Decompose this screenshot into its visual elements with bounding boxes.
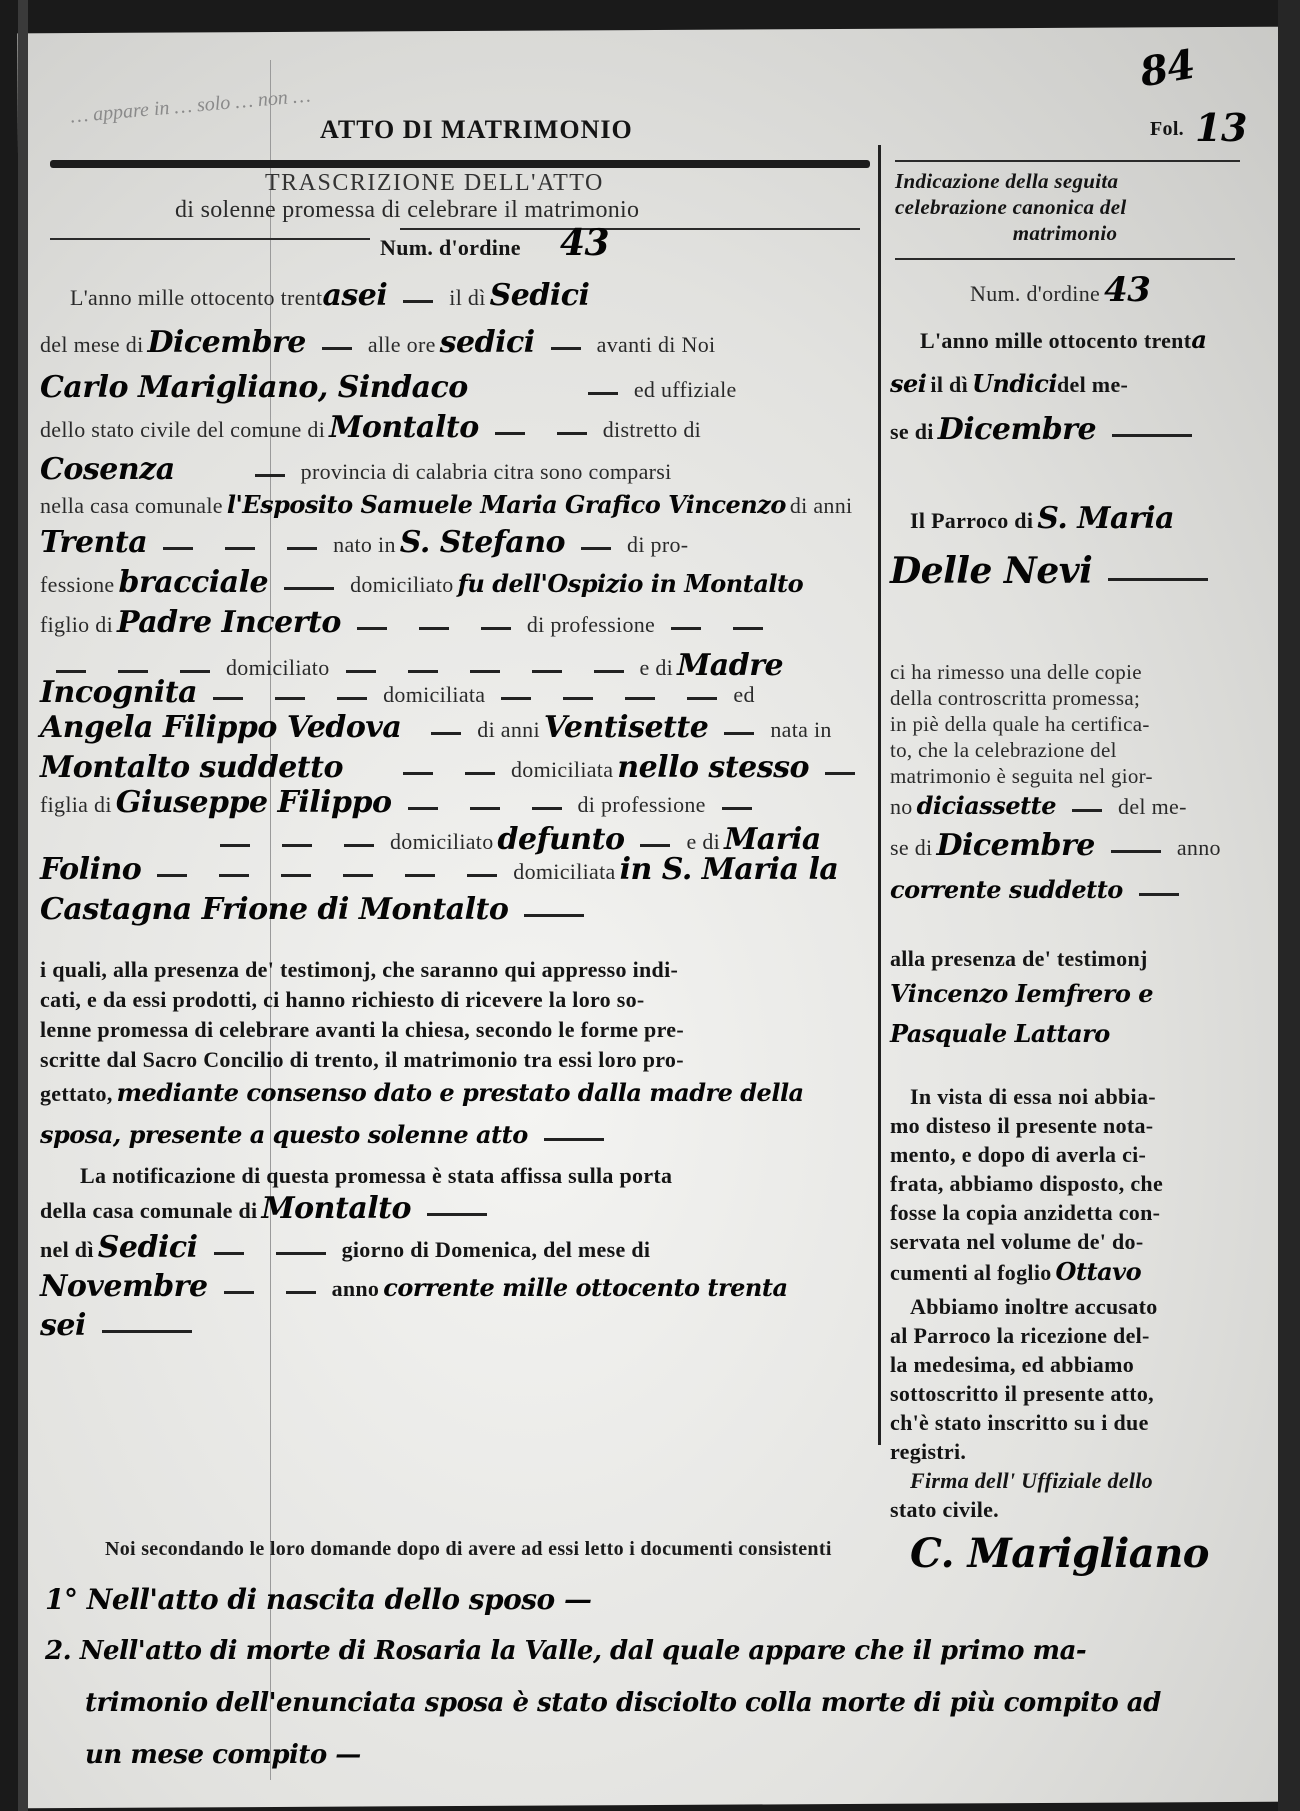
paragraph-line: frata, abbiamo disposto, che [890,1169,1240,1198]
witness-name-2: Pasquale Lattaro [890,1014,1240,1054]
witness-name-1: Vincenzo Iemfrero e [890,974,1240,1014]
left-line-14: figlia di Giuseppe Filippodi professione [40,785,768,820]
left-line-7: Trentanato in S. Stefanodi pro- [40,525,688,560]
folio-number: 13 [1195,105,1247,150]
left-paragraph: i quali, alla presenza de' testimonj, ch… [40,955,865,1159]
left-line-4: dello stato civile del comune di Montalt… [40,410,701,445]
paragraph-line: sposa, presente a questo solenne atto [40,1115,865,1159]
binding-edge [18,0,28,1811]
paragraph-line: i quali, alla presenza de' testimonj, ch… [40,955,865,985]
right-header: Indicazione della seguita celebrazione c… [895,168,1235,246]
right-header-rule [895,258,1235,260]
right-line: L'anno mille ottocento trenta [890,320,1240,364]
notification-line: sei [40,1309,865,1348]
left-line-17: Castagna Frione di Montalto [40,892,600,927]
left-subtitle-1: TRASCRIZIONE DELL'ATTO [265,170,604,197]
document-list-item: un mese compito — [45,1729,1265,1781]
paragraph-line: in piè della quale ha certifica- [890,711,1240,737]
right-line: Il Parroco di S. Maria [890,497,1240,546]
page-number: 84 [1136,41,1198,97]
left-line-6: nella casa comunale l'Esposito Samuele M… [40,490,852,519]
notification-line: Novembreanno corrente mille ottocento tr… [40,1270,865,1309]
left-line-5: Cosenzaprovincia di calabria citra sono … [40,452,672,487]
paragraph-line: fosse la copia anzidetta con- [890,1198,1240,1227]
paragraph-line: al Parroco la ricezione del- [890,1321,1240,1350]
right-line: Delle Nevi [890,546,1240,604]
right-line: corrente suddetto [890,870,1240,914]
left-line-9: figlio di Padre Incertodi professione [40,605,779,640]
title-rule [50,160,870,168]
paragraph-line: to, che la celebrazione del [890,737,1240,763]
document-list-item: 1° Nell'atto di nascita dello sposo — [45,1575,1265,1625]
page-edge-shadow [1278,0,1300,1811]
paragraph-line: servata nel volume de' do- [890,1227,1240,1256]
right-line: se di Dicembreanno [890,827,1240,870]
left-num-ordine-value: 43 [560,222,609,264]
left-line-12: Angela Filippo Vedovadi anni Ventisetten… [40,710,832,745]
paragraph-line: ci ha rimesso una delle copie [890,659,1240,685]
notification-line: nel dì Sedicigiorno di Domenica, del mes… [40,1231,865,1270]
notification-block: La notificazione di questa promessa è st… [40,1160,865,1348]
right-line: se di Dicembre [890,408,1240,457]
subtitle-rule-right [400,228,860,230]
right-paragraph-3: Abbiamo inoltre accusato al Parroco la r… [890,1292,1240,1466]
left-line-16: Folinodomiciliata in S. Maria la [40,852,838,887]
left-num-ordine-label: Num. d'ordine [380,235,521,261]
paragraph-line: Abbiamo inoltre accusato [890,1292,1240,1321]
document-list-item: 2. Nell'atto di morte di Rosaria la Vall… [45,1625,1265,1677]
paragraph-line: registri. [890,1437,1240,1466]
right-title-line: celebrazione canonica del [895,194,1235,220]
left-line-3: Carlo Marigliano, Sindacoed uffiziale [40,370,737,405]
right-title-line: matrimonio [895,220,1235,246]
document-title: ATTO DI MATRIMONIO [320,115,633,145]
paragraph-line: la medesima, ed abbiamo [890,1350,1240,1379]
left-line-2: del mese di Dicembrealle ore sediciavant… [40,325,715,360]
document-list-item: trimonio dell'enunciata sposa è stato di… [45,1677,1265,1729]
paragraph-line: In vista di essa noi abbia- [890,1082,1240,1111]
right-line: no diciassettedel me- [890,789,1240,827]
signature-label-2: stato civile. [890,1495,1240,1524]
left-line-1: L'anno mille ottocento trentaseiil dì Se… [40,278,589,313]
right-paragraph-1: ci ha rimesso una delle copie della cont… [890,659,1240,789]
left-subtitle-2: di solenne promessa di celebrare il matr… [175,197,639,224]
bottom-print-line: Noi secondando le loro domande dopo di a… [105,1538,832,1561]
signature-label-1: Firma dell' Uffiziale dello [890,1466,1240,1495]
right-title-rule [895,160,1240,162]
folio-label: Fol. [1150,118,1184,141]
right-num-ordine: Num. d'ordine 43 [970,270,1150,310]
paragraph-line: ch'è stato inscritto su i due [890,1408,1240,1437]
subtitle-rule-left [50,238,370,240]
paragraph-line: gettato, mediante consenso dato e presta… [40,1075,865,1115]
left-line-11: Incognitadomiciliataed [40,675,755,710]
notification-line: La notificazione di questa promessa è st… [40,1160,865,1192]
left-line-8: fessione braccialedomiciliato fu dell'Os… [40,565,803,600]
paragraph-line: lenne promessa di celebrare avanti la ch… [40,1015,865,1045]
paragraph-line: matrimonio è seguita nel gior- [890,763,1240,789]
notification-line: della casa comunale di Montalto [40,1192,865,1231]
bottom-handwritten-block: 1° Nell'atto di nascita dello sposo — 2.… [45,1575,1265,1781]
paragraph-line: sottoscritto il presente atto, [890,1379,1240,1408]
right-title-line: Indicazione della seguita [895,168,1235,194]
right-line: sei il dì Undicidel me- [890,364,1240,408]
right-paragraph-2: In vista di essa noi abbia- mo disteso i… [890,1082,1240,1292]
paragraph-line: scritte dal Sacro Concilio di trento, il… [40,1045,865,1075]
left-line-13: Montalto suddettodomiciliata nello stess… [40,750,871,785]
column-divider [878,145,881,1445]
paragraph-line: cati, e da essi prodotti, ci hanno richi… [40,985,865,1015]
paragraph-line: mo disteso il presente nota- [890,1111,1240,1140]
paragraph-line: cumenti al foglio Ottavo [890,1256,1240,1292]
paragraph-line: mento, e dopo di averla ci- [890,1140,1240,1169]
paragraph-line: della controscritta promessa; [890,685,1240,711]
witness-label: alla presenza de' testimonj [890,944,1240,974]
right-body: L'anno mille ottocento trenta sei il dì … [890,320,1240,1584]
